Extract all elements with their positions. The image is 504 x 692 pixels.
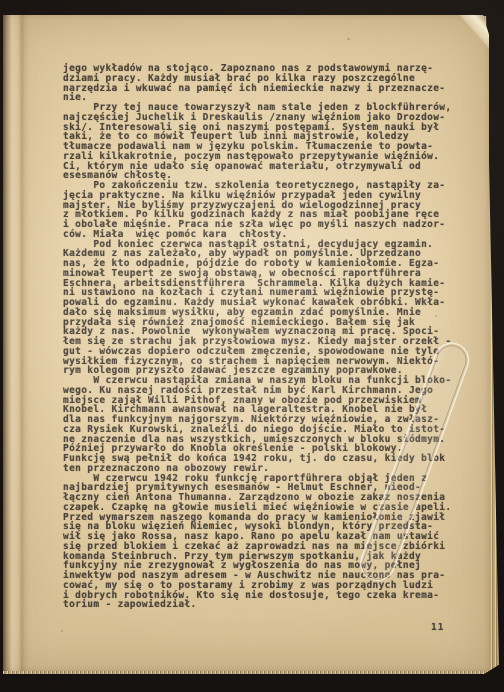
text-line: narzędzia i wkuwać na pamięć ich niemiec… [63,84,467,94]
text-line: torium - zapowiedział. [63,600,467,610]
page-corner-fold [459,15,489,49]
book-page: jego wykładów na stojąco. Zapoznano nas … [3,15,489,671]
page-text: jego wykładów na stojąco. Zapoznano nas … [63,64,467,610]
scan-background: jego wykładów na stojąco. Zapoznano nas … [0,0,504,692]
paper-speck [347,38,350,40]
page-number: 11 [431,622,444,633]
paper-speck [61,630,63,632]
